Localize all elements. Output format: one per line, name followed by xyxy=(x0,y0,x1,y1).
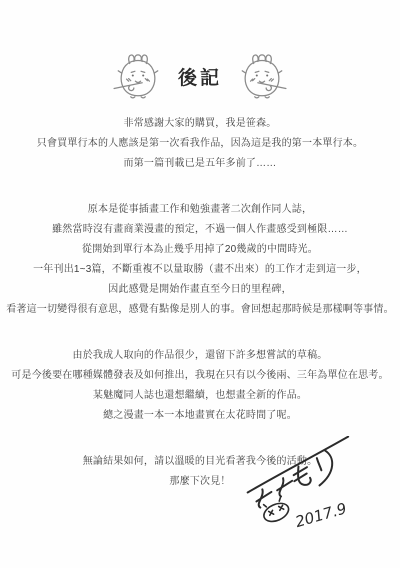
afterword-line: 因此感覺是開始作畫直至今日的里程碑， xyxy=(0,280,400,300)
afterword-line: 總之漫畫一本一本地畫實在太花時間了呢。 xyxy=(0,406,400,426)
afterword-line: 看著這一切變得很有意思，感覺有點像是別人的事。會回想起那時候是那樣啊等事情。 xyxy=(0,300,400,320)
afterword-line: 可是今後要在哪種媒體發表及如何推出，我現在只有以今後兩、三年為單位在思考。 xyxy=(0,366,400,386)
afterword-line: 從開始到單行本為止幾乎用掉了20幾歲的中間時光。 xyxy=(0,240,400,260)
mascot-doodle-left-icon xyxy=(112,50,164,102)
afterword-line: 只會買單行本的人應該是第一次看我作品，因為這是我的第一本單行本。 xyxy=(0,134,400,154)
afterword-line: 原本是從事插畫工作和勉強畫著二次創作同人誌， xyxy=(0,200,400,220)
signature-doodle-icon xyxy=(259,496,292,526)
signature-date: 2017.9 xyxy=(293,499,348,531)
afterword-line: 雖然當時沒有畫商業漫畫的預定，不過一個人作畫感受到極限…… xyxy=(0,220,400,240)
afterword-line: 一年刊出1~3篇，不斷重複不以量取勝（畫不出來）的工作才走到這一步， xyxy=(0,260,400,280)
afterword-line: 某魅魔同人誌也還想繼續，也想畫全新的作品。 xyxy=(0,386,400,406)
afterword-line: 而第一篇刊載已是五年多前了…… xyxy=(0,154,400,174)
paragraph-2: 原本是從事插畫工作和勉強畫著二次創作同人誌， 雖然當時沒有畫商業漫畫的預定，不過… xyxy=(0,200,400,320)
paragraph-3: 由於我成人取向的作品很少，還留下許多想嘗試的草稿。 可是今後要在哪種媒體發表及如… xyxy=(0,346,400,426)
page-title: 後記 xyxy=(178,63,222,90)
signature: 2017.9 xyxy=(228,436,378,536)
paragraph-1: 非常感謝大家的購買，我是笹森。 只會買單行本的人應該是第一次看我作品，因為這是我… xyxy=(0,114,400,174)
afterword-line: 非常感謝大家的購買，我是笹森。 xyxy=(0,114,400,134)
afterword-line: 由於我成人取向的作品很少，還留下許多想嘗試的草稿。 xyxy=(0,346,400,366)
afterword-page: 後記 xyxy=(0,0,400,568)
mascot-doodle-right-icon xyxy=(236,50,288,102)
page-header: 後記 xyxy=(0,50,400,102)
